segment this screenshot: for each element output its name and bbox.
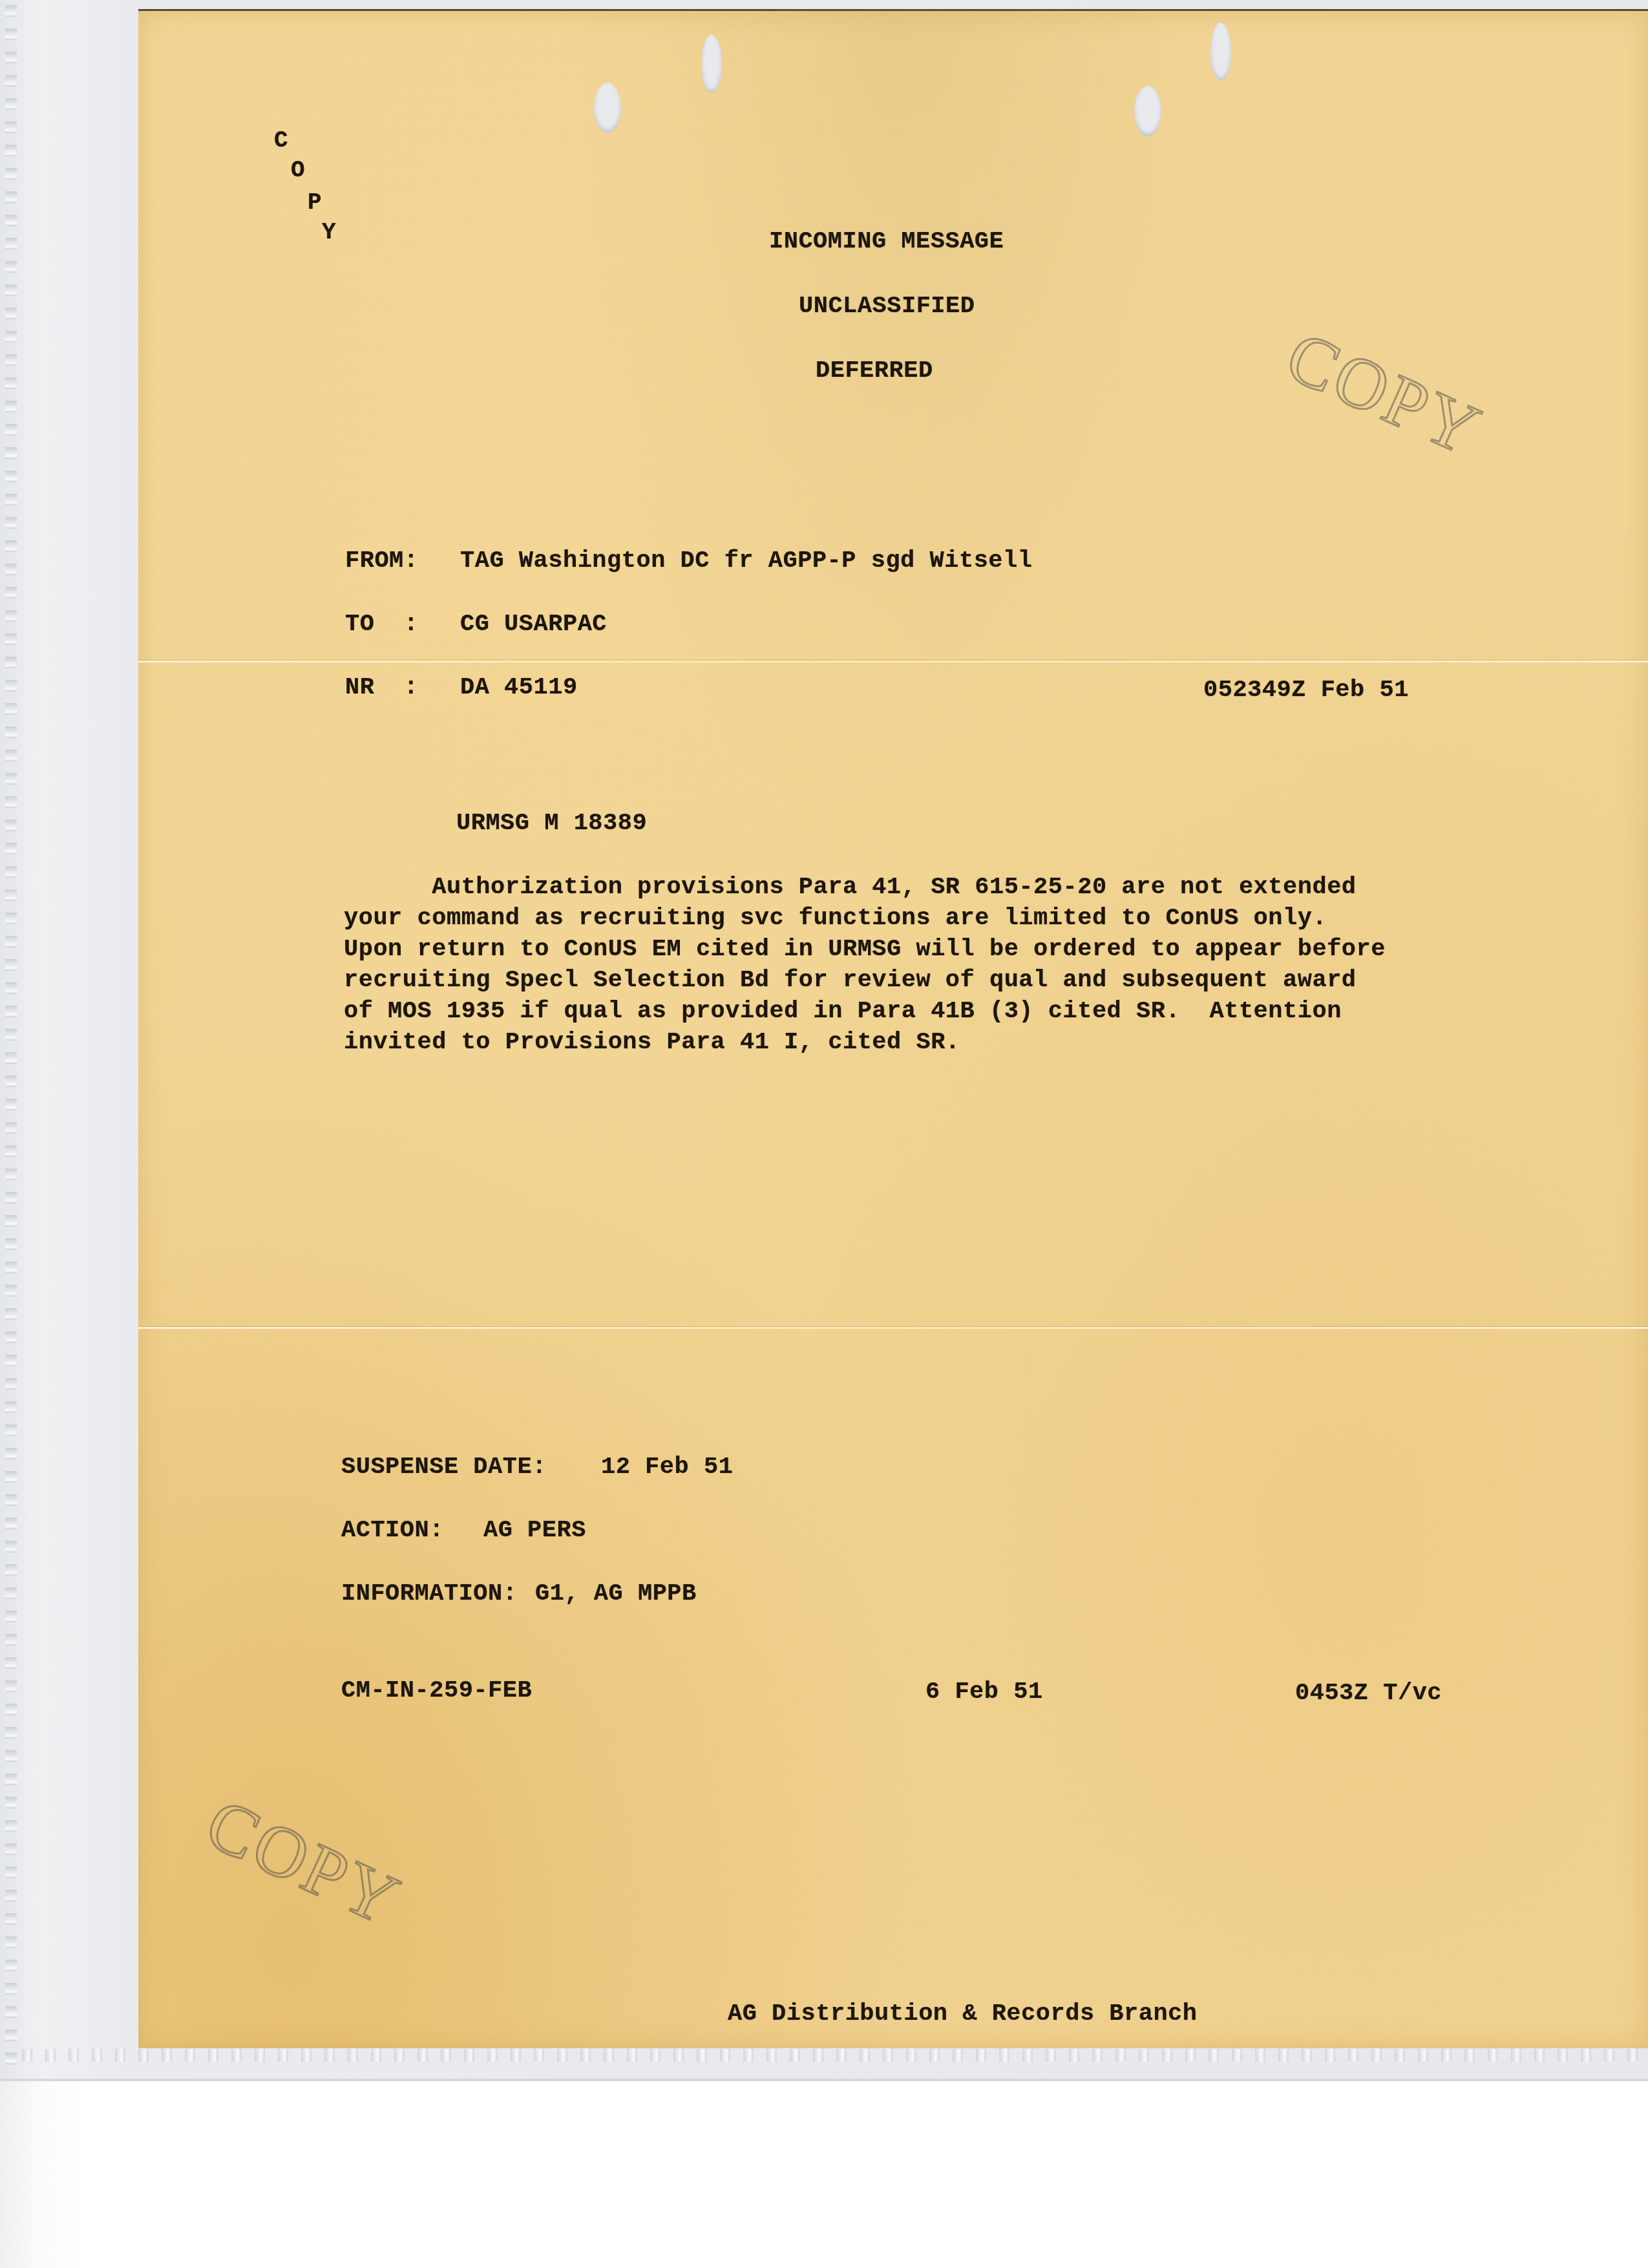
punch-hole — [1134, 86, 1161, 136]
date-time-group: 052349Z Feb 51 — [1203, 677, 1409, 704]
action-value: AG PERS — [483, 1517, 586, 1544]
from-label: FROM: — [345, 547, 419, 575]
copy-stamp: COPY — [193, 1782, 413, 1944]
action-label: ACTION: — [341, 1517, 444, 1544]
sleeve-perforation-vertical — [5, 0, 17, 2068]
reference-message: URMSG M 18389 — [456, 810, 647, 837]
copy-stamp: COPY — [1274, 315, 1494, 474]
nr-label: NR : — [345, 674, 419, 701]
message-body: Authorization provisions Para 41, SR 615… — [344, 872, 1533, 1058]
copy-letter: P — [308, 189, 322, 216]
copy-letter: O — [291, 157, 305, 184]
receipt-time-operator: 0453Z T/vc — [1295, 1680, 1442, 1707]
punch-hole — [701, 35, 722, 93]
fold-crease — [138, 661, 1648, 662]
from-value: TAG Washington DC fr AGPP-P sgd Witsell — [460, 547, 1032, 575]
to-label: TO : — [345, 611, 419, 638]
cm-in-number: CM-IN-259-FEB — [341, 1677, 532, 1704]
suspense-date-value: 12 Feb 51 — [601, 1454, 733, 1481]
precedence-heading: DEFERRED — [816, 357, 933, 385]
body-line: Authorization provisions Para 41, SR 615… — [344, 872, 1533, 903]
scan-background — [0, 2081, 1648, 2268]
information-label: INFORMATION: — [341, 1580, 517, 1607]
message-page: C O P Y INCOMING MESSAGE UNCLASSIFIED DE… — [138, 9, 1648, 2048]
punch-hole — [594, 83, 621, 133]
information-value: G1, AG MPPB — [535, 1580, 697, 1607]
classification-heading: UNCLASSIFIED — [799, 293, 975, 320]
punch-hole — [1210, 23, 1231, 81]
body-line: invited to Provisions Para 41 I, cited S… — [344, 1027, 1533, 1058]
suspense-date-label: SUSPENSE DATE: — [341, 1454, 547, 1481]
receipt-date: 6 Feb 51 — [925, 1679, 1043, 1706]
issuing-branch: AG Distribution & Records Branch — [728, 2000, 1198, 2028]
copy-letter: C — [274, 127, 288, 154]
to-value: CG USARPAC — [460, 611, 607, 638]
body-line: your command as recruiting svc functions… — [344, 903, 1533, 934]
sleeve-perforation-horizontal — [13, 2049, 1648, 2062]
copy-letter: Y — [322, 219, 336, 246]
body-line: Upon return to ConUS EM cited in URMSG w… — [344, 934, 1533, 965]
message-type-heading: INCOMING MESSAGE — [769, 228, 1004, 255]
body-line: recruiting Specl Selection Bd for review… — [344, 965, 1533, 996]
nr-value: DA 45119 — [460, 674, 578, 701]
fold-crease — [138, 1327, 1648, 1329]
body-line: of MOS 1935 if qual as provided in Para … — [344, 996, 1533, 1027]
